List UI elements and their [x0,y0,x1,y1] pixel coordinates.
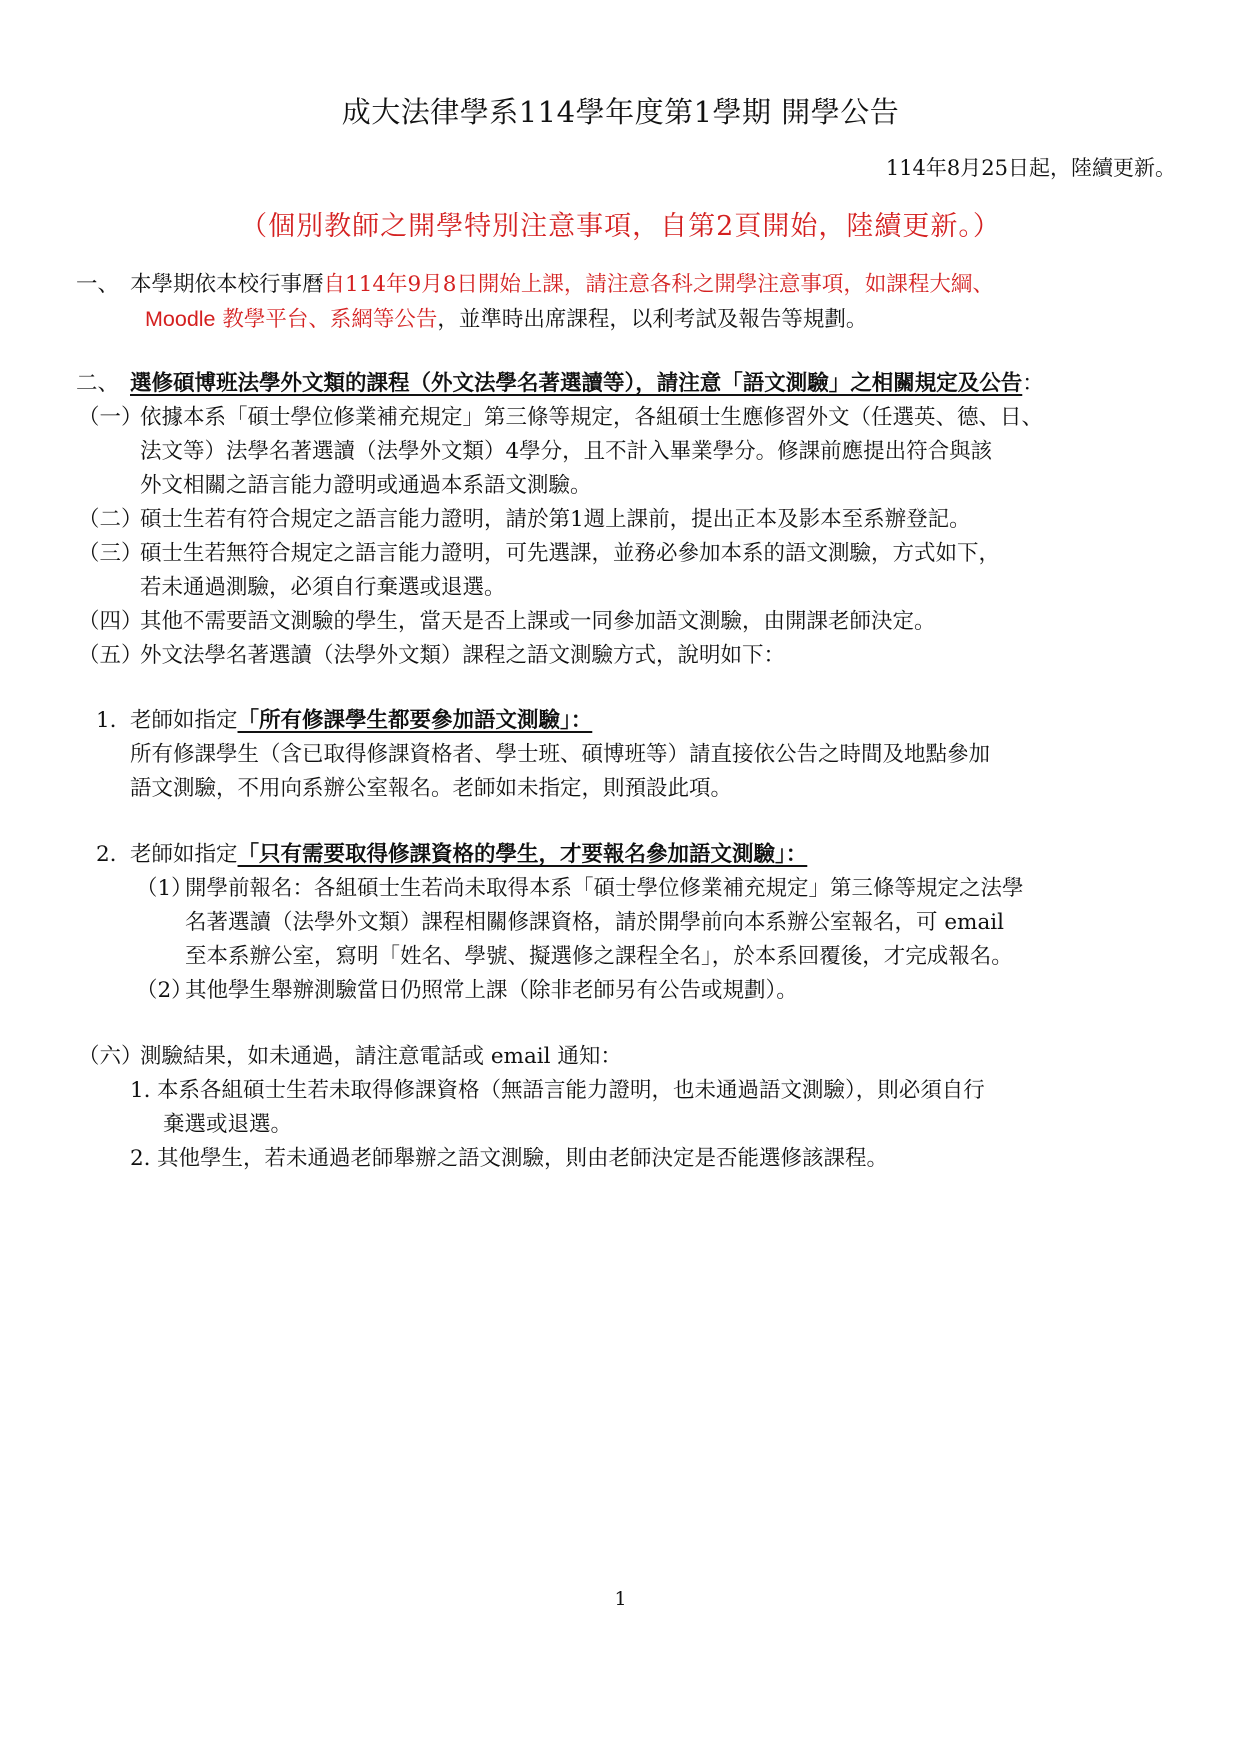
method2-emphasis: 「只有需要取得修課資格的學生，才要報名參加語文測驗」： [238,842,808,867]
item6-sub2-marker: 2. [130,1142,151,1176]
page-title: 成大法律學系114學年度第1學期 開學公告 [0,90,1241,131]
item2-marker: （二） [78,503,143,537]
item6-text: 測驗結果，如未通過，請注意電話或 email 通知： [140,1040,622,1074]
item6-marker: （六） [78,1040,143,1074]
method2-sub1-line: 開學前報名：各組碩士生若尚未取得本系「碩士學位修業補充規定」第三條等規定之法學 [185,872,1024,906]
item6-sub1-line: 棄選或退選。 [163,1108,292,1142]
section2-heading-colon: ： [1022,371,1044,396]
method1-prefix: 老師如指定 [130,708,238,733]
item1-marker: （一） [78,401,143,435]
section1-line2: Moodle 教學平台、系網等公告，並準時出席課程，以利考試及報告等規劃。 [145,302,867,337]
red-notice: （個別教師之開學特別注意事項，自第2頁開始，陸續更新。） [0,204,1241,243]
method2-sub2-line: 其他學生舉辦測驗當日仍照常上課（除非老師另有公告或規劃）。 [185,974,798,1008]
item3-marker: （三） [78,537,143,571]
method2-marker: 2. [96,838,117,872]
item2-line: 碩士生若有符合規定之語言能力證明，請於第1週上課前，提出正本及影本至系辦登記。 [140,503,971,537]
section1-line1-red: 自114年9月8日開始上課，請注意各科之開學注意事項，如課程大綱、 [324,272,994,297]
section1-line2-red: 教學平台、系網等公告 [216,307,438,332]
section2-marker: 二、 [76,367,119,401]
update-date: 114年8月25日起，陸續更新。 [886,152,1176,182]
method1-heading: 老師如指定「所有修課學生都要參加語文測驗」： [130,704,592,738]
item6-sub1-line: 本系各組碩士生若未取得修課資格（無語言能力證明，也未通過語文測驗），則必須自行 [157,1074,985,1108]
item6-sub2-line: 其他學生，若未通過老師舉辦之語文測驗，則由老師決定是否能選修該課程。 [157,1142,888,1176]
item5-line: 外文法學名著選讀（法學外文類）課程之語文測驗方式，說明如下： [140,639,785,673]
method2-sub1-line: 至本系辦公室，寫明「姓名、學號、擬選修之課程全名」，於本系回覆後，才完成報名。 [185,940,1013,974]
item1-line: 依據本系「碩士學位修業補充規定」第三條等規定，各組碩士生應修習外文（任選英、德、… [140,401,1043,435]
section1-line1: 本學期依本校行事曆自114年9月8日開始上課，請注意各科之開學注意事項，如課程大… [130,268,994,302]
item4-marker: （四） [78,605,143,639]
section2-heading: 選修碩博班法學外文類的課程（外文法學名著選讀等），請注意「語文測驗」之相關規定及… [130,367,1044,401]
item3-line: 碩士生若無符合規定之語言能力證明，可先選課，並務必參加本系的語文測驗，方式如下， [140,537,1000,571]
section2-heading-text: 選修碩博班法學外文類的課程（外文法學名著選讀等），請注意「語文測驗」之相關規定及… [130,371,1022,396]
item1-line: 外文相關之語言能力證明或通過本系語文測驗。 [140,469,592,503]
method2-prefix: 老師如指定 [130,842,238,867]
method1-marker: 1. [96,704,117,738]
method1-emphasis: 「所有修課學生都要參加語文測驗」： [238,708,593,733]
moodle-label: Moodle [145,307,216,331]
item1-line: 法文等）法學名著選讀（法學外文類）4學分，且不計入畢業學分。修課前應提出符合與該 [140,435,992,469]
section1-line2-plain: ，並準時出席課程，以利考試及報告等規劃。 [437,307,867,332]
method1-line: 語文測驗，不用向系辦公室報名。老師如未指定，則預設此項。 [130,772,732,806]
item6-sub1-marker: 1. [130,1074,151,1108]
item4-line: 其他不需要語文測驗的學生，當天是否上課或一同參加語文測驗，由開課老師決定。 [140,605,936,639]
item3-line: 若未通過測驗，必須自行棄選或退選。 [140,571,506,605]
method1-line: 所有修課學生（含已取得修課資格者、學士班、碩博班等）請直接依公告之時間及地點參加 [130,738,990,772]
item5-marker: （五） [78,639,143,673]
section1-line1-plain: 本學期依本校行事曆 [130,272,324,297]
method2-heading: 老師如指定「只有需要取得修課資格的學生，才要報名參加語文測驗」： [130,838,807,872]
method2-sub1-line: 名著選讀（法學外文類）課程相關修課資格，請於開學前向本系辦公室報名，可 emai… [185,906,1004,940]
section1-marker: 一、 [76,268,119,302]
page-number: 1 [0,1588,1241,1610]
